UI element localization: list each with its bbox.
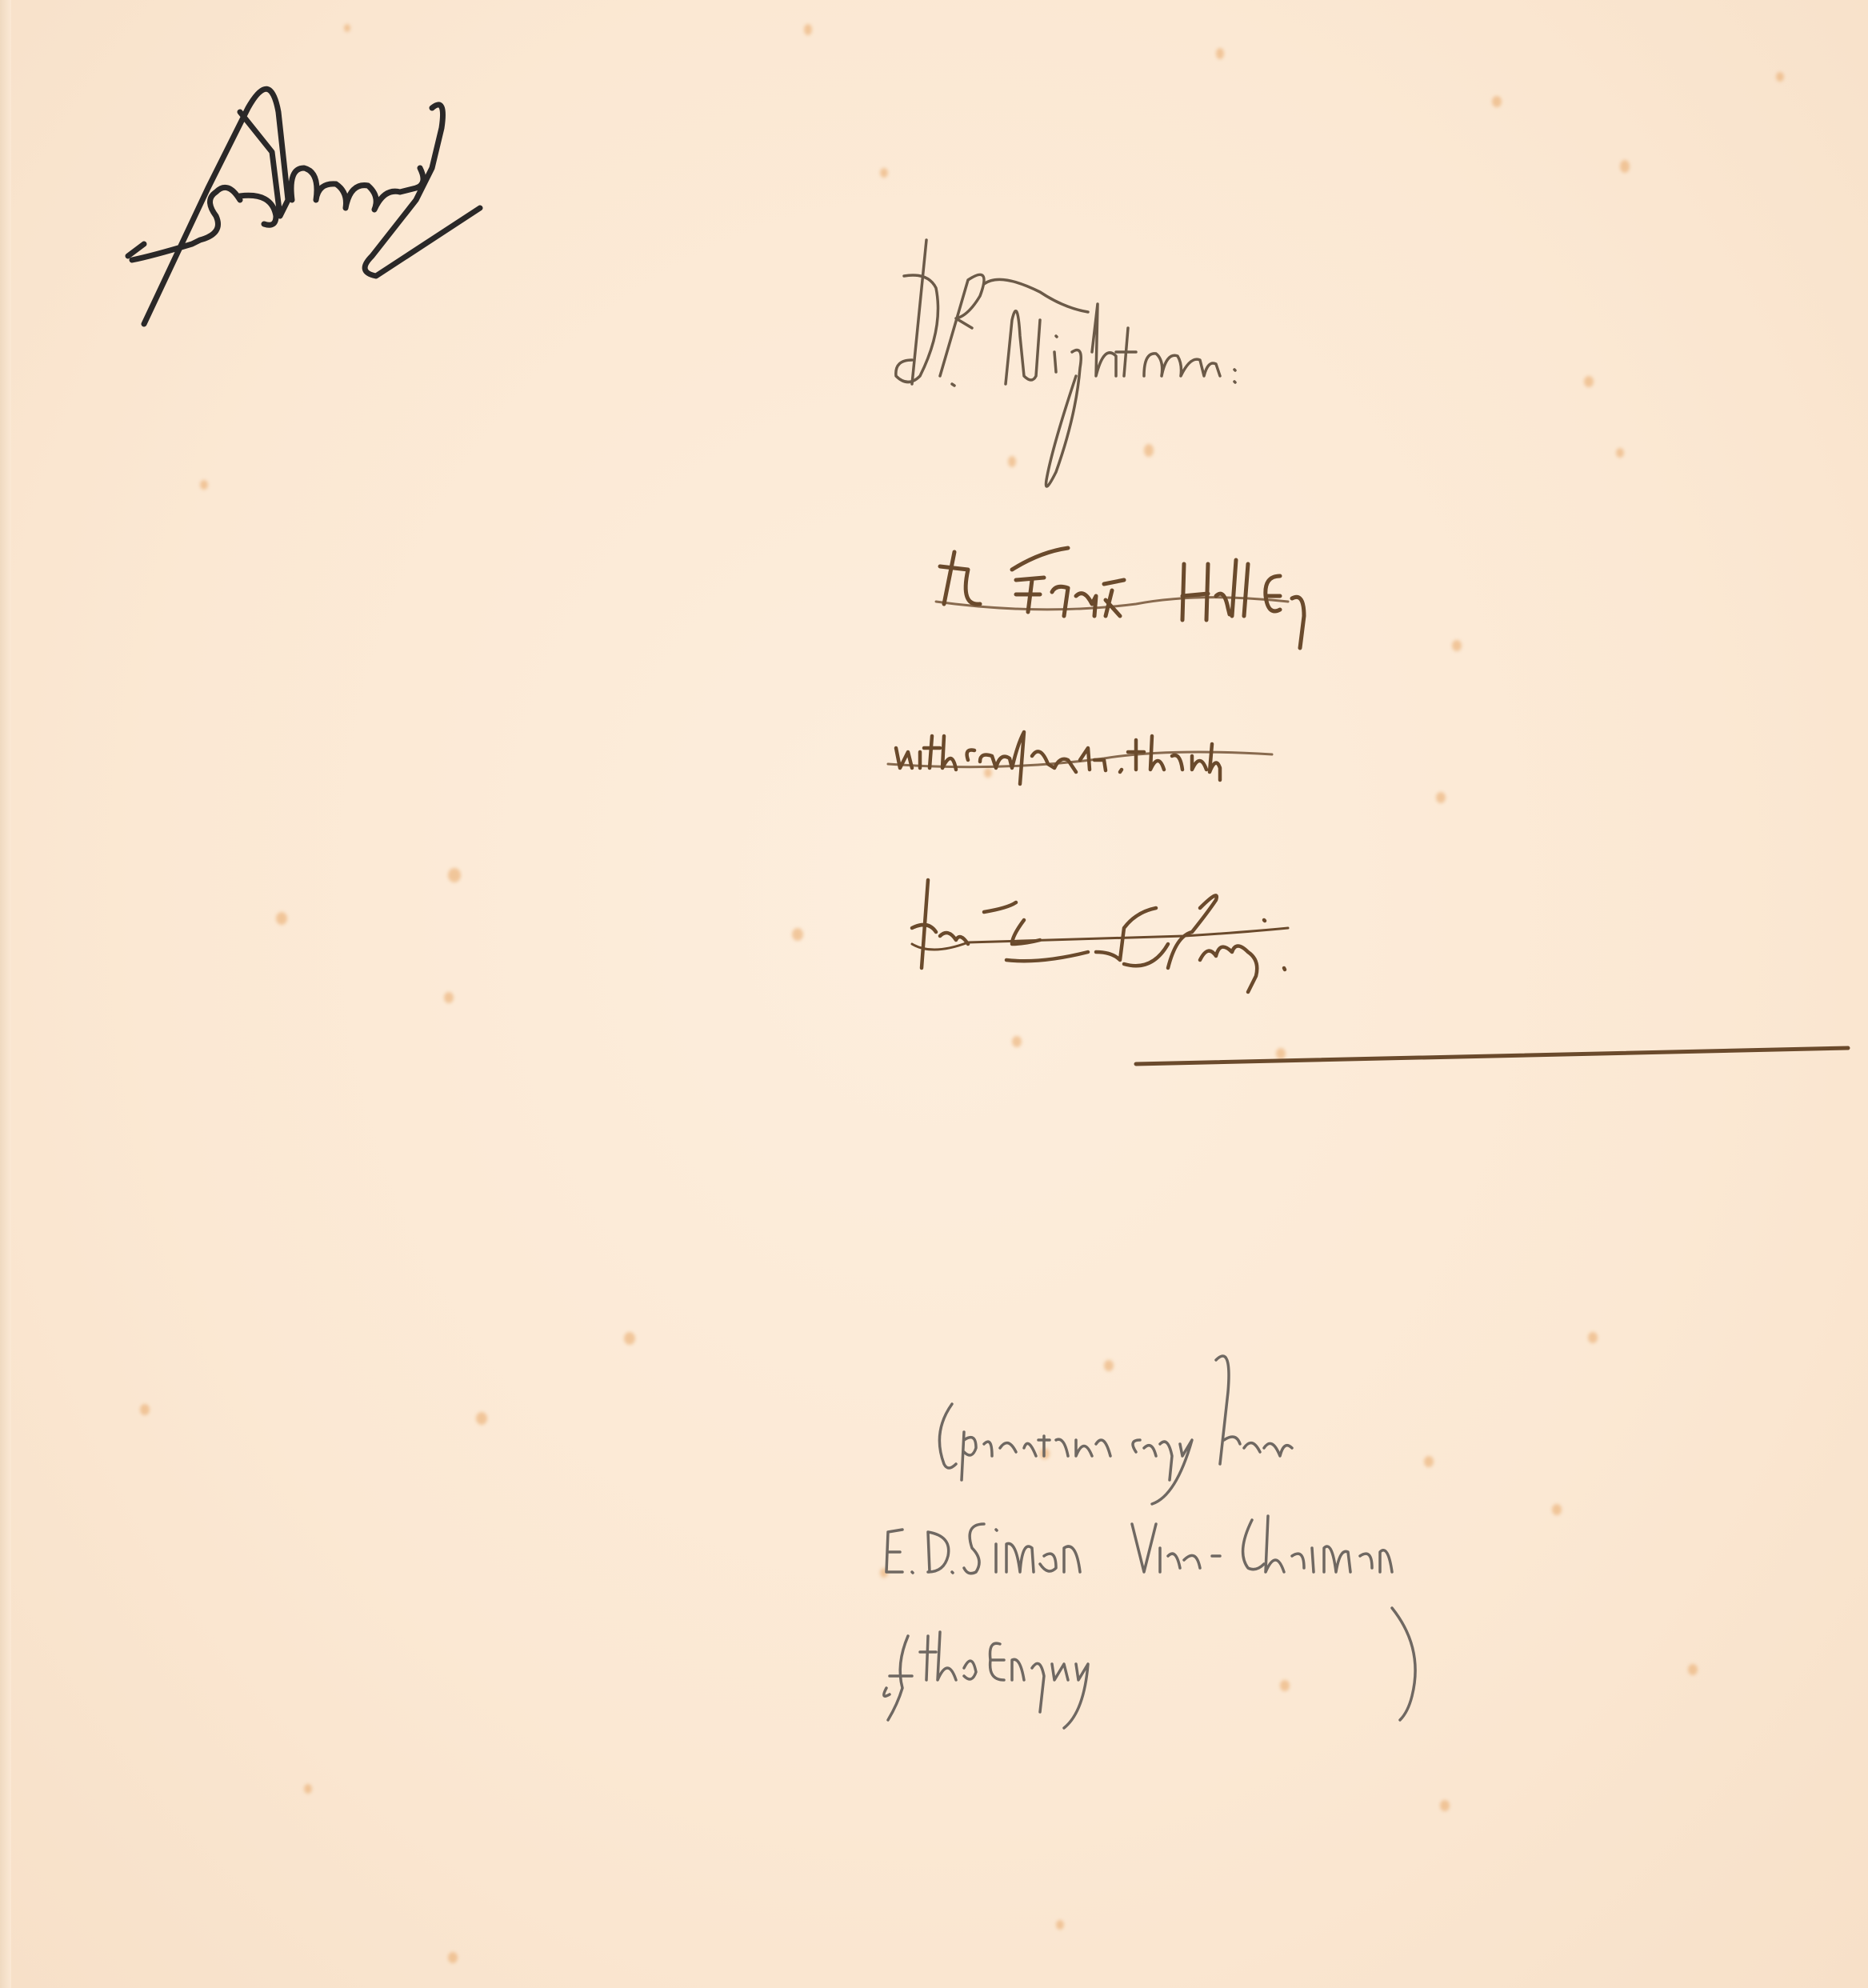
inscription-line-3 <box>912 880 1288 992</box>
inscription-underline <box>1136 1048 1848 1064</box>
signature-top-left <box>128 89 480 324</box>
flyleaf-page: [illegible signature] D.R. Wightman. to … <box>0 0 1868 1988</box>
inscription-line-2 <box>888 732 1272 784</box>
owner-name-handwriting <box>896 240 1235 486</box>
inscription-line-1 <box>936 548 1304 648</box>
pencil-note-handwriting <box>884 1356 1415 1728</box>
handwriting-layer <box>0 0 1868 1988</box>
